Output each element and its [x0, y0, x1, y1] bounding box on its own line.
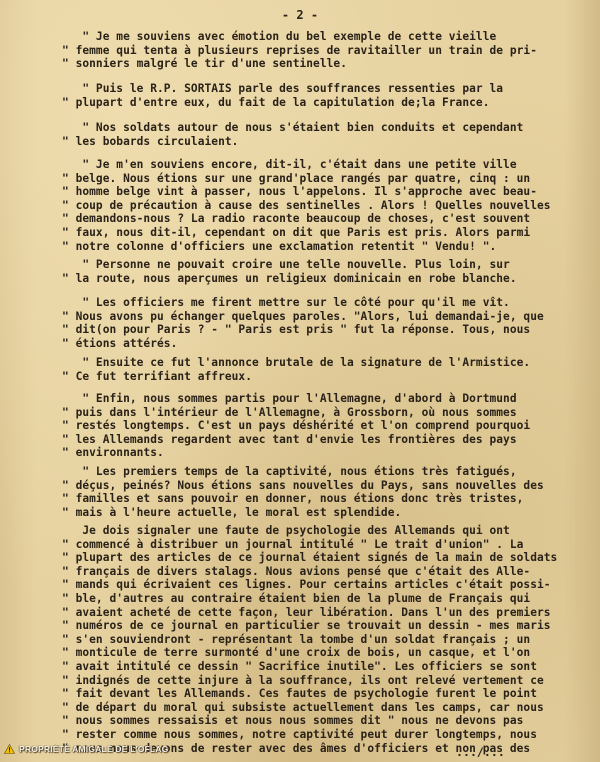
text-line: " Les officiers me firent mettre sur le … — [62, 296, 544, 310]
text-line: " restés longtemps. C'est un pays déshér… — [62, 419, 530, 433]
text-line: " plupart d'entre eux, du fait de la cap… — [62, 96, 503, 110]
text-line: " la route, nous aperçumes un religieux … — [62, 272, 517, 286]
text-line: " faux, nous dit-il, cependant on dit qu… — [62, 226, 551, 240]
text-line: " étions attérés. — [62, 337, 544, 351]
paragraph: " Puis le R.P. SORTAIS parle des souffra… — [62, 82, 503, 109]
text-line: " environnants. — [62, 446, 530, 460]
text-line: " sonniers malgré le tir d'une sentinell… — [62, 57, 537, 71]
text-line: " plupart des articles de ce journal éta… — [62, 551, 557, 565]
paragraph: Je dois signaler une faute de psychologi… — [62, 524, 557, 755]
text-line: " Puis le R.P. SORTAIS parle des souffra… — [62, 82, 503, 96]
text-line: " les Allemands regardent avec tant d'en… — [62, 433, 530, 447]
watermark-text: PROPRIÉTÉ AMIGALE DE L'OFLAG — [19, 744, 168, 754]
text-line: " Nous avons pu échanger quelques parole… — [62, 310, 544, 324]
page-number: - 2 - — [0, 8, 600, 22]
paragraph: " Ensuite ce fut l'annonce brutale de la… — [62, 356, 530, 383]
text-line: " Ce fut terrifiant affreux. — [62, 370, 530, 384]
paragraph: " Enfin, nous sommes partis pour l'Allem… — [62, 392, 530, 460]
paragraph: " Nos soldats autour de nous s'étaient b… — [62, 121, 523, 148]
text-line: " ble, d'autres au contraire étaient bie… — [62, 592, 557, 606]
continuation-mark: .../... — [456, 745, 505, 759]
text-line: " déçus, peinés? Nous étions sans nouvel… — [62, 479, 544, 493]
paragraph: " Je m'en souviens encore, dit-il, c'éta… — [62, 158, 551, 253]
typewritten-page: - 2 - " Je me souviens avec émotion du b… — [0, 0, 600, 762]
text-line: " femme qui tenta à plusieurs reprises d… — [62, 44, 537, 58]
text-line: " avait intitulé ce dessin " Sacrifice i… — [62, 660, 557, 674]
text-line: " notre colonne d'officiers une exclamat… — [62, 240, 551, 254]
text-line: " indignés de cette injure à la souffran… — [62, 674, 557, 688]
text-line: " Je m'en souviens encore, dit-il, c'éta… — [62, 158, 551, 172]
text-line: " mands qui écrivaient ces lignes. Pour … — [62, 578, 557, 592]
text-line: " mais à l'heure actuelle, le moral est … — [62, 506, 544, 520]
paragraph: " Les premiers temps de la captivité, no… — [62, 465, 544, 519]
text-line: " de départ du moral qui subsiste actuel… — [62, 701, 557, 715]
text-line: Je dois signaler une faute de psychologi… — [62, 524, 557, 538]
text-line: " fait devant les Allemands. Ces fautes … — [62, 687, 557, 701]
paragraph: " Je me souviens avec émotion du bel exe… — [62, 30, 537, 71]
text-line: " Personne ne pouvait croire une telle n… — [62, 258, 517, 272]
text-line: " Ensuite ce fut l'annonce brutale de la… — [62, 356, 530, 370]
text-line: " Nos soldats autour de nous s'étaient b… — [62, 121, 523, 135]
text-line: " les bobards circulaient. — [62, 135, 523, 149]
text-line: " homme belge vint à passer, nous l'appe… — [62, 185, 551, 199]
text-line: " belge. Nous étions sur une grand'place… — [62, 172, 551, 186]
text-line: " monticule de terre surmonté d'une croi… — [62, 646, 557, 660]
text-line: " Je me souviens avec émotion du bel exe… — [62, 30, 537, 44]
text-line: " français de divers stalags. Nous avion… — [62, 565, 557, 579]
text-line: " dit(on pour Paris ? - " Paris est pris… — [62, 323, 544, 337]
text-line: " coup de précaution à cause des sentine… — [62, 199, 551, 213]
text-line: " demandons-nous ? La radio raconte beau… — [62, 212, 551, 226]
text-line: " familles et sans pouvoir en donner, no… — [62, 492, 544, 506]
text-line: " rester comme nous sommes, notre captiv… — [62, 728, 557, 742]
paragraph: " Les officiers me firent mettre sur le … — [62, 296, 544, 350]
text-line: " puis dans l'intérieur de l'Allemagne, … — [62, 406, 530, 420]
watermark: PROPRIÉTÉ AMIGALE DE L'OFLAG — [4, 744, 168, 754]
text-line: " commencé à distribuer un journal intit… — [62, 538, 557, 552]
text-line: " Les premiers temps de la captivité, no… — [62, 465, 544, 479]
paragraph: " Personne ne pouvait croire une telle n… — [62, 258, 517, 285]
text-line: " numéros de ce journal en particulier s… — [62, 619, 557, 633]
text-line: " s'en souviendront - représentant la to… — [62, 633, 557, 647]
text-line: " nous sommes ressaisis et nous nous som… — [62, 714, 557, 728]
warning-icon — [4, 744, 15, 754]
text-line: " Enfin, nous sommes partis pour l'Allem… — [62, 392, 530, 406]
text-line: " avaient acheté de cette façon, leur li… — [62, 606, 557, 620]
